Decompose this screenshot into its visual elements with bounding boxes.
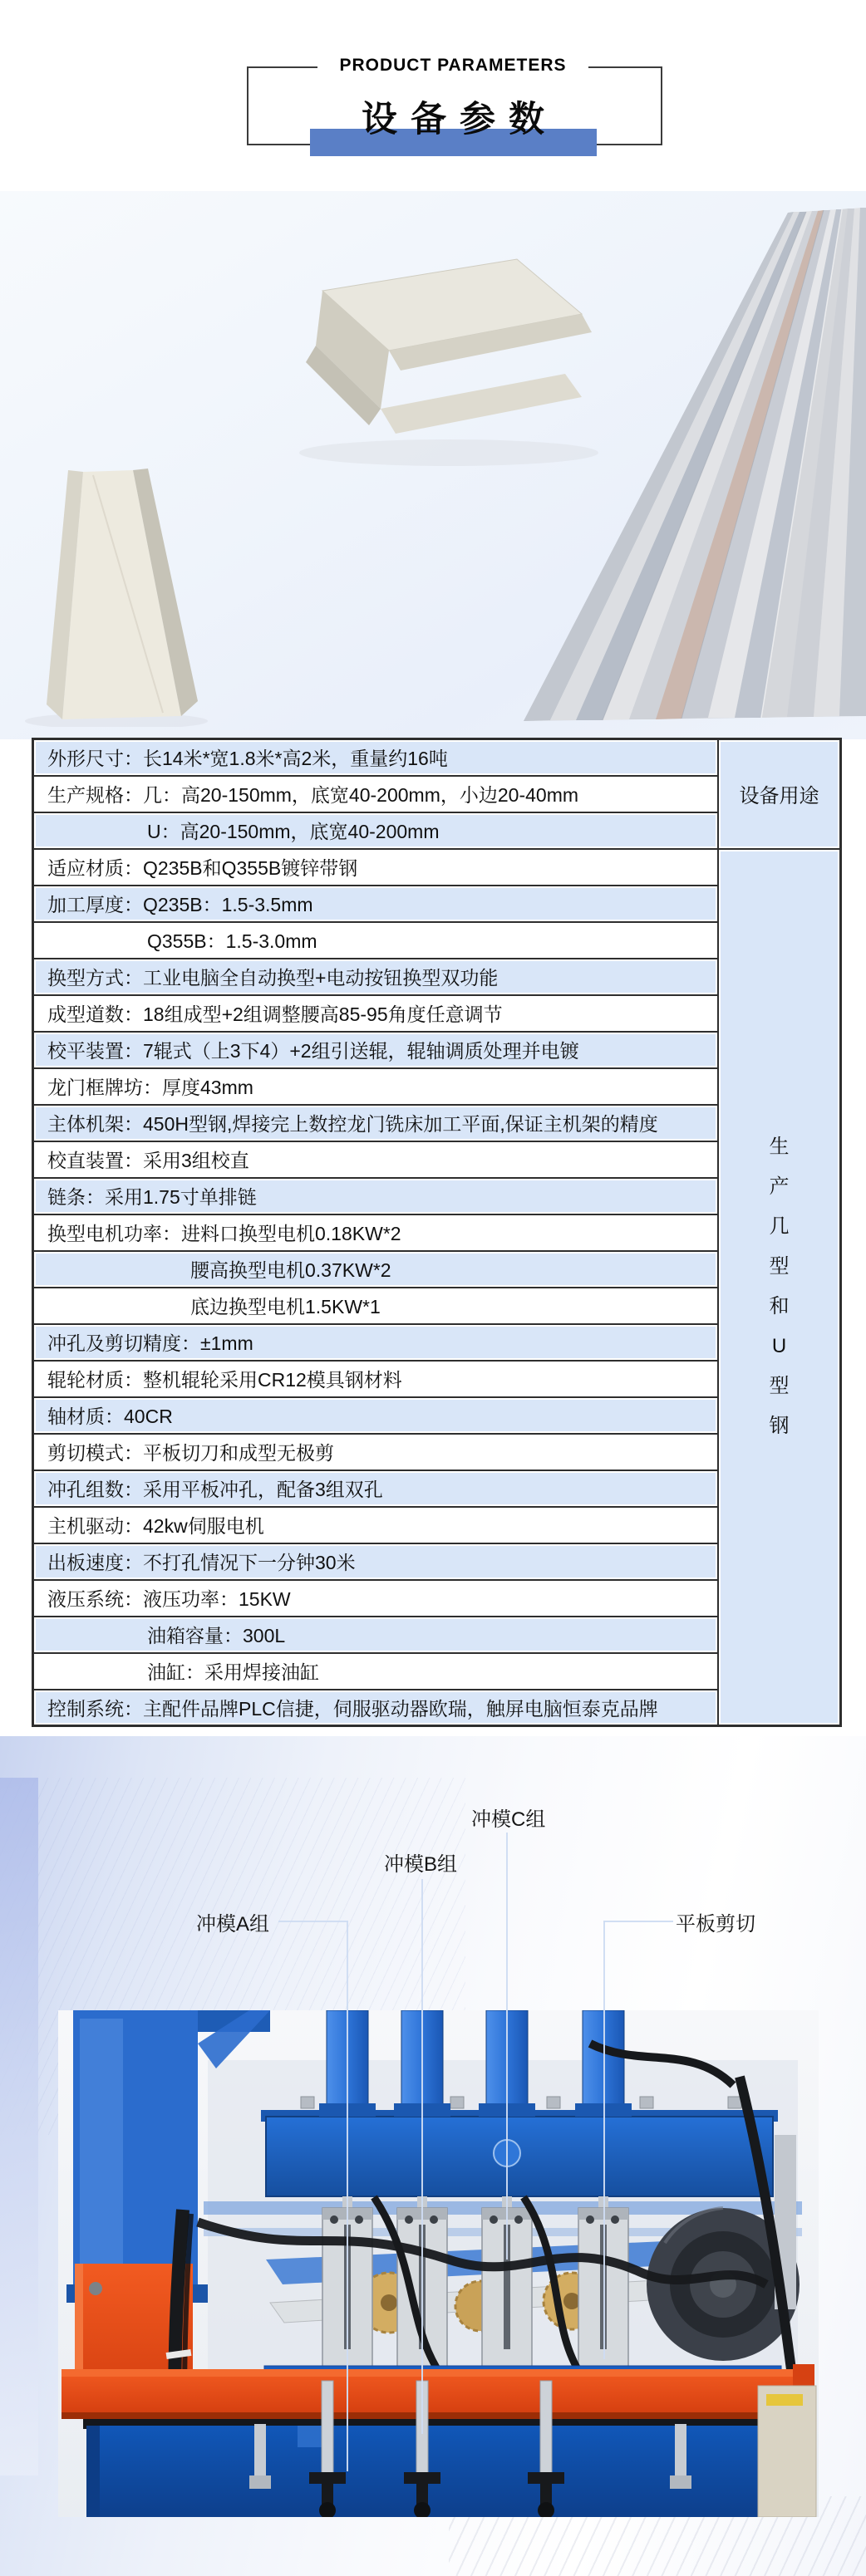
label-flat-shear: 平板剪切 xyxy=(676,1907,755,1936)
left-gradient-band xyxy=(0,1778,38,2475)
spec-row-text: 剪切模式：平板切刀和成型无极剪 xyxy=(36,1436,716,1468)
spec-row-text: 加工厚度：Q235B：1.5-3.5mm xyxy=(36,888,716,920)
spec-row-text: 主体机架：450H型钢,焊接完上数控龙门铣床加工平面,保证主机架的精度 xyxy=(36,1107,716,1139)
spec-row-text: 换型方式：工业电脑全自动换型+电动按钮换型双功能 xyxy=(36,961,716,993)
profile-bundle xyxy=(524,208,866,721)
spec-row-text: 冲孔及剪切精度：±1mm xyxy=(36,1327,716,1358)
spec-row-text: 液压系统：液压功率：15KW xyxy=(36,1582,716,1614)
machine-cabinet xyxy=(758,2386,816,2517)
spec-row-text: 主机驱动：42kw伺服电机 xyxy=(36,1509,716,1541)
spec-row-text: 冲孔组数：采用平板冲孔，配备3组双孔 xyxy=(36,1473,716,1504)
spec-row-text: Q355B：1.5-3.0mm xyxy=(36,925,716,956)
spec-row-text: 换型电机功率：进料口换型电机0.18KW*2 xyxy=(36,1217,716,1249)
leader-line-a-horizontal xyxy=(278,1921,348,1922)
leader-line-c-vertical xyxy=(506,1833,508,2260)
spec-row-text: 龙门框牌坊：厚度43mm xyxy=(36,1071,716,1102)
label-die-group-b: 冲模B组 xyxy=(384,1847,457,1877)
spec-row-text: 成型道数：18组成型+2组调整腰高85-95角度任意调节 xyxy=(36,998,716,1029)
product-parameters-page: PRODUCT PARAMETERS 设备参数 xyxy=(0,0,866,2576)
spec-row-text: 生产规格：几：高20-150mm，底宽40-200mm，小边20-40mm xyxy=(36,778,716,810)
spec-row-text: 适应材质：Q235B和Q355B镀锌带钢 xyxy=(36,851,716,883)
machine-base xyxy=(86,2424,786,2517)
spec-row-text: 辊轮材质：整机辊轮采用CR12模具钢材料 xyxy=(36,1363,716,1395)
spec-row-text: 轴材质：40CR xyxy=(36,1400,716,1431)
table-row: 适应材质：Q235B和Q355B镀锌带钢 生 产 几 型 和 U 型 钢 xyxy=(33,849,841,886)
leader-line-b-vertical xyxy=(421,1879,423,2434)
spec-table: 外形尺寸：长14米*宽1.8米*高2米，重量约16吨 设备用途 生产规格：几：高… xyxy=(32,738,842,1727)
machine-orange-beam xyxy=(62,2364,814,2424)
hat-profile-piece xyxy=(299,259,598,466)
steel-profiles-photo xyxy=(0,208,866,727)
spec-row-text: 油箱容量：300L xyxy=(36,1619,716,1651)
label-die-group-c: 冲模C组 xyxy=(471,1803,545,1832)
spec-row-text: 底边换型电机1.5KW*1 xyxy=(36,1290,716,1322)
leader-line-a-vertical xyxy=(347,1921,348,2471)
leader-line-shear-horizontal xyxy=(603,1921,673,1922)
leader-line-shear-vertical xyxy=(603,1921,605,2359)
usage-header-cell: 设备用途 xyxy=(721,742,838,846)
spec-row-text: 腰高换型电机0.37KW*2 xyxy=(36,1254,716,1285)
spec-row-text: 出板速度：不打孔情况下一分钟30米 xyxy=(36,1546,716,1577)
spec-row-text: 外形尺寸：长14米*宽1.8米*高2米，重量约16吨 xyxy=(36,742,716,773)
spec-row-text: 链条：采用1.75寸单排链 xyxy=(36,1180,716,1212)
spec-row-text: U：高20-150mm，底宽40-200mm xyxy=(36,815,716,846)
spec-row-text: 校平装置：7辊式（上3下4）+2组引送辊，辊轴调质处理并电镀 xyxy=(36,1034,716,1066)
spec-row-text: 油缸：采用焊接油缸 xyxy=(36,1656,716,1687)
product-scope-cell: 生 产 几 型 和 U 型 钢 xyxy=(721,851,838,1724)
page-title: 设备参数 xyxy=(247,91,659,142)
spec-row-text: 校直装置：采用3组校直 xyxy=(36,1144,716,1175)
u-channel-piece xyxy=(25,469,208,727)
eyebrow-wrap: PRODUCT PARAMETERS xyxy=(247,56,659,76)
label-die-group-a: 冲模A组 xyxy=(196,1907,269,1936)
roll-forming-machine-photo xyxy=(58,2010,819,2517)
spec-row-text: 控制系统：主配件品牌PLC信捷，伺服驱动器欧瑞，触屏电脑恒泰克品牌 xyxy=(36,1692,716,1724)
table-row: 外形尺寸：长14米*宽1.8米*高2米，重量约16吨 设备用途 xyxy=(33,739,841,776)
eyebrow-text: PRODUCT PARAMETERS xyxy=(317,56,588,76)
